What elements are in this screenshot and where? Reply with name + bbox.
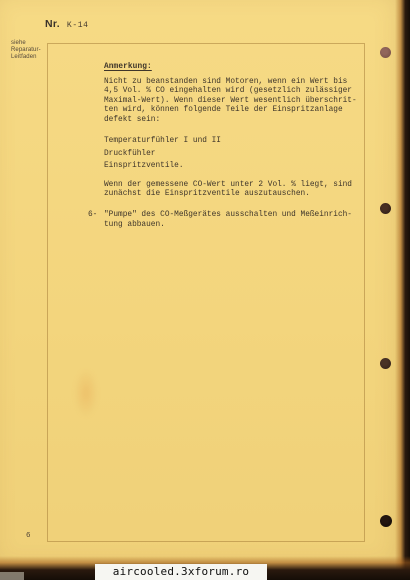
numbered-step: 6- "Pumpe" des CO-Meßgerätes ausschalten… [88,211,360,230]
punch-hole-mark [380,47,391,58]
text-line: "Pumpe" des CO-Meßgerätes ausschalten un… [104,211,352,220]
text-line: zunächst die Einspritzventile auszutausc… [104,190,360,199]
scan-edge-right [395,0,410,580]
text-line: Maximal-Wert). Wenn dieser Wert wesentli… [104,97,360,106]
margin-note-line: siehe [11,40,41,47]
text-line: Nicht zu beanstanden sind Motoren, wenn … [104,78,360,87]
scan-corner-patch [0,572,24,580]
watermark-text: aircooled.3xforum.ro [113,564,249,580]
nr-label: Nr. [45,18,60,30]
list-item: Temperaturfühler I und II [104,137,360,146]
text-block: Anmerkung: Nicht zu beanstanden sind Mot… [104,63,360,230]
paper-stain [74,368,98,418]
nr-code: K-14 [67,21,89,30]
doc-number: Nr.K-14 [45,14,89,32]
margin-note-line: Reparatur- [11,47,41,54]
list-item: Einspritzventile. [104,162,360,171]
document-scan: Nr.K-14 siehe Reparatur- Leitfaden Anmer… [0,0,410,580]
page-number: 6 [26,532,31,540]
text-line: defekt sein: [104,116,360,125]
list-item: Druckfühler [104,150,360,159]
punch-hole-mark [380,203,391,214]
text-line: 4,5 Vol. % CO eingehalten wird (gesetzli… [104,87,360,96]
punch-hole-mark [380,358,391,369]
section-heading: Anmerkung: [104,63,360,72]
step-number: 6- [88,211,104,230]
paragraph-co-wert: Wenn der gemessene CO-Wert unter 2 Vol. … [104,181,360,200]
text-line: Wenn der gemessene CO-Wert unter 2 Vol. … [104,181,360,190]
margin-note-line: Leitfaden [11,54,41,61]
margin-note: siehe Reparatur- Leitfaden [11,40,41,61]
punch-hole-mark [380,515,392,527]
watermark: aircooled.3xforum.ro [95,564,267,580]
step-text: "Pumpe" des CO-Meßgerätes ausschalten un… [104,211,352,230]
text-line: ten wird, können folgende Teile der Eins… [104,106,360,115]
paper-page: Nr.K-14 siehe Reparatur- Leitfaden Anmer… [0,0,410,580]
text-line: tung abbauen. [104,221,352,230]
defect-parts-list: Temperaturfühler I und II Druckfühler Ei… [104,137,360,171]
paragraph-note: Nicht zu beanstanden sind Motoren, wenn … [104,78,360,125]
